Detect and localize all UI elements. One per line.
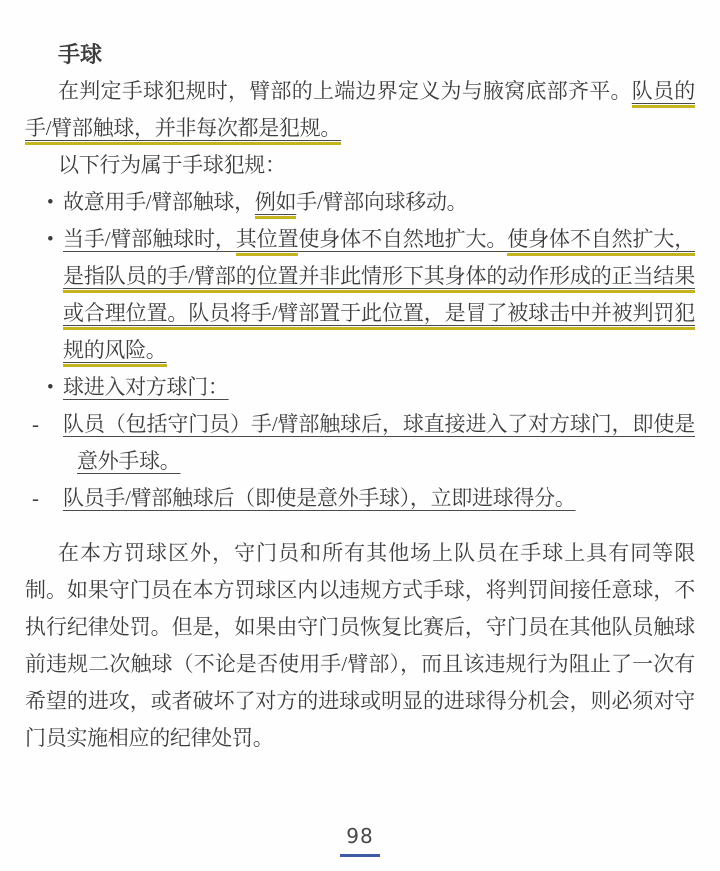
page-number-block: 98	[340, 824, 380, 857]
paragraph-handball-judgement: 在判定手球犯规时，臂部的上端边界定义为与腋窝底部齐平。队员的手/臂部触球，并非每…	[25, 73, 695, 147]
underlined-text: 球进入对方球门：	[63, 375, 229, 399]
list-item-text: 故意用手/臂部触球，	[63, 190, 255, 214]
section-title: 手球	[58, 36, 695, 73]
list-item-ball-into-goal: •球进入对方球门： -队员（包括守门员）手/臂部触球后，球直接进入了对方球门，即…	[47, 369, 695, 517]
underlined-text: 使身体不自然地扩大。	[298, 227, 507, 251]
paragraph-goalkeeper-limits: 在本方罚球区外，守门员和所有其他场上队员在手球上具有同等限制。如果守门员在本方罚…	[25, 535, 695, 757]
highlighted-text: 其位置	[236, 227, 299, 256]
bullet-icon: •	[47, 184, 53, 221]
offence-list: •故意用手/臂部触球，例如手/臂部向球移动。 •当手/臂部触球时，其位置使身体不…	[47, 184, 695, 517]
highlighted-text: 例如	[255, 190, 296, 219]
underlined-text: 队员（包括守门员）手/臂部触球后，球直接进入了对方球门，即使是意外手球。	[63, 412, 695, 473]
bullet-icon: •	[47, 221, 53, 258]
list-item-text: 手/臂部向球移动。	[296, 190, 467, 214]
paragraph-offences-intro: 以下行为属于手球犯规：	[25, 147, 695, 184]
sub-list-item-direct-goal: -队员（包括守门员）手/臂部触球后，球直接进入了对方球门，即使是意外手球。	[46, 406, 695, 480]
underlined-text: 队员手/臂部触球后（即使是意外手球），立即进球得分。	[63, 486, 576, 510]
list-item-unnatural-position: •当手/臂部触球时，其位置使身体不自然地扩大。使身体不自然扩大，是指队员的手/臂…	[47, 221, 695, 369]
underlined-text: 当手/臂部触球时，	[63, 227, 236, 251]
page-footer: 98	[0, 824, 720, 857]
document-page: 手球 在判定手球犯规时，臂部的上端边界定义为与腋窝底部齐平。队员的手/臂部触球，…	[0, 0, 720, 871]
page-number-rule	[340, 854, 380, 857]
list-item-deliberate-touch: •故意用手/臂部触球，例如手/臂部向球移动。	[47, 184, 695, 221]
page-number: 98	[346, 824, 373, 848]
sub-list-item-immediate-score: -队员手/臂部触球后（即使是意外手球），立即进球得分。	[46, 480, 695, 517]
paragraph-text: 在判定手球犯规时，臂部的上端边界定义为与腋窝底部齐平。	[58, 79, 632, 103]
bullet-icon: •	[47, 369, 53, 406]
